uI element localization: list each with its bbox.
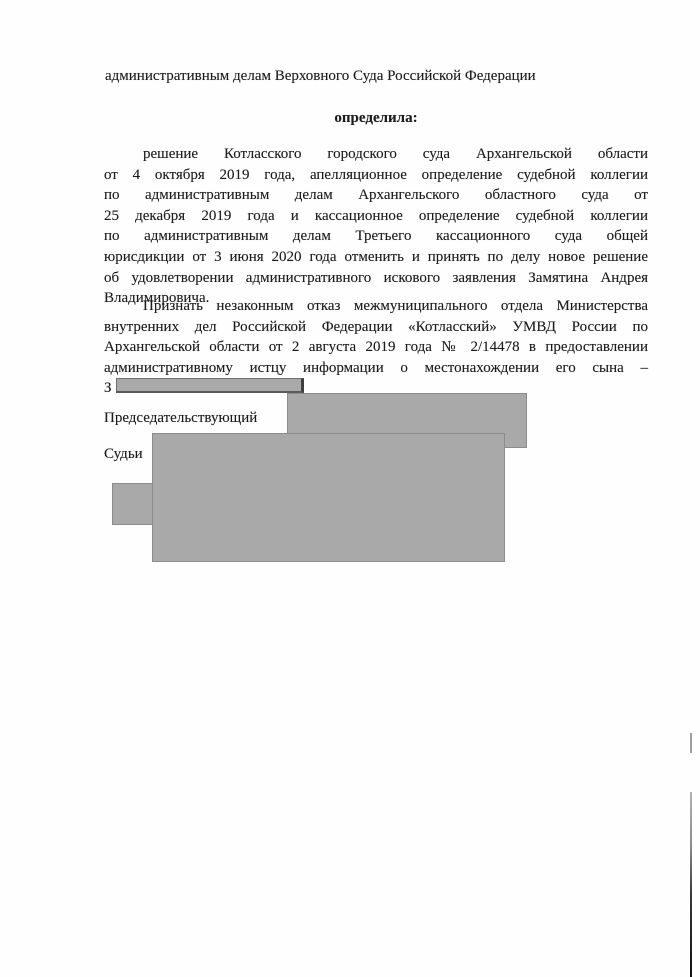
text-line: решение Котласского городского суда Арха… bbox=[104, 144, 648, 165]
redaction-block-judges-signatures bbox=[152, 433, 505, 562]
text-line: юрисдикции от 3 июня 2020 года отменить … bbox=[104, 247, 648, 268]
continuation-line: административным делам Верховного Суда Р… bbox=[105, 66, 649, 87]
text-line: Архангельской области от 2 августа 2019 … bbox=[104, 337, 648, 358]
text-line: административному истцу информации о мес… bbox=[104, 358, 648, 379]
text-line: по административным делам Архангельского… bbox=[104, 185, 648, 206]
redaction-block-son-name bbox=[116, 378, 304, 393]
document-page: административным делам Верховного Суда Р… bbox=[0, 0, 700, 977]
text-line: 25 декабря 2019 года и кассационное опре… bbox=[104, 206, 648, 227]
text-line: Признать незаконным отказ межмуниципальн… bbox=[104, 296, 648, 317]
text-line: от 4 октября 2019 года, апелляционное оп… bbox=[104, 165, 648, 186]
scan-artifact-line-short bbox=[690, 733, 692, 753]
redaction-block-judges-signatures-left bbox=[112, 483, 153, 525]
scan-artifact-line-long bbox=[690, 792, 692, 977]
ruling-heading: определила: bbox=[104, 108, 648, 129]
text-line: об удовлетворении административного иско… bbox=[104, 268, 648, 289]
text-line: по административным делам Третьего касса… bbox=[104, 226, 648, 247]
ruling-paragraph-1: решение Котласского городского суда Арха… bbox=[104, 144, 648, 309]
text-line: внутренних дел Российской Федерации «Кот… bbox=[104, 317, 648, 338]
presiding-judge-label: Председательствующий bbox=[104, 408, 257, 429]
judges-label: Судьи bbox=[104, 444, 143, 465]
